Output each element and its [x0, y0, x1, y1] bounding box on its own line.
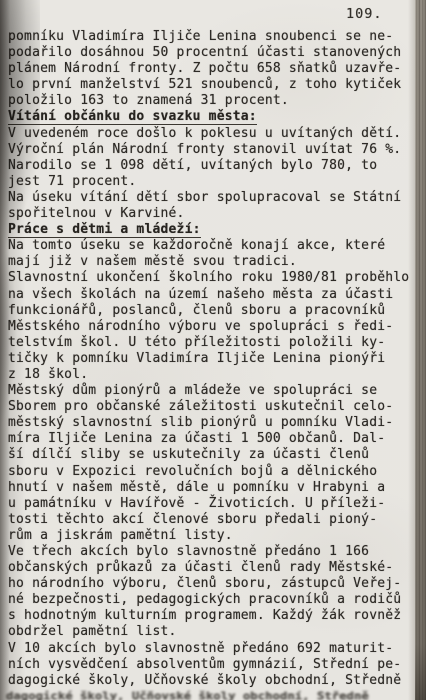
text-line: mají již v našem městě svou tradici.	[8, 254, 413, 270]
heading-underlined-text: Práce s dětmi a mládeží:	[8, 223, 201, 238]
text-line: ho národního výboru, členů sboru, zástup…	[8, 576, 413, 592]
text-line: Ve třech akcích bylo slavnostně předáno …	[8, 544, 413, 560]
text-line: ší dílčí sliby se uskutečnily za účasti …	[8, 447, 413, 463]
text-line: ních vysvědčení absolventům gymnázií, St…	[8, 657, 413, 673]
text-line: z 18 škol.	[8, 367, 413, 383]
text-line: funkcionářů, poslanců, členů sboru a pra…	[8, 303, 413, 319]
text-line: tosti těchto akcí členové sboru předali …	[8, 512, 413, 528]
text-line: hnutí v našem městě, dále u pomníku v Hr…	[8, 480, 413, 496]
text-line: Slavnostní ukončení školního roku 1980/8…	[8, 270, 413, 286]
ghost-smudge-line: dagogické školy, Učňovské školy obchodní…	[6, 689, 369, 700]
text-line: Na úseku vítání dětí sbor spolupracoval …	[8, 190, 413, 206]
page-number: 109.	[346, 6, 383, 22]
text-line: pomníku Vladimíra Iljiče Lenina snoubenc…	[8, 29, 413, 45]
text-line: u památníku v Havířově - Životicích. U p…	[8, 496, 413, 512]
text-line: Narodilo se 1 098 dětí, uvítaných bylo 7…	[8, 158, 413, 174]
text-line: V uvedeném roce došlo k poklesu u uvítan…	[8, 126, 413, 142]
text-line: Městský dům pionýrů a mládeže ve spolupr…	[8, 383, 413, 399]
text-line: né bezpečnosti, pedagogických pracovníků…	[8, 592, 413, 608]
text-line: lo první manželství 521 snoubenců, z toh…	[8, 77, 413, 93]
text-line: Sborem pro občanské záležitosti uskutečn…	[8, 399, 413, 415]
page-edge-right	[415, 0, 426, 700]
scanned-document-page: 109. pomníku Vladimíra Iljiče Lenina sno…	[0, 0, 426, 700]
heading-underlined-text: Vítání občánku do svazku města:	[8, 110, 257, 125]
text-line: obdržel pamětní list.	[8, 624, 413, 640]
document-body: pomníku Vladimíra Iljiče Lenina snoubenc…	[8, 29, 413, 689]
text-line: městský slavnostní slib pionýrů u pomník…	[8, 415, 413, 431]
text-line: Na tomto úseku se každoročně konají akce…	[8, 238, 413, 254]
text-line: spořitelnou v Karviné.	[8, 206, 413, 222]
text-line: rům a jiskrám pamětní listy.	[8, 528, 413, 544]
text-line: jest 71 procent.	[8, 174, 413, 190]
text-line: občanských průkazů za účasti členů rady …	[8, 560, 413, 576]
text-line: s hodnotným kulturním programem. Každý ž…	[8, 608, 413, 624]
text-line: tičky k pomníku Vladimíra Iljiče Lenina …	[8, 351, 413, 367]
text-line: Výroční plán Národní fronty stanovil uví…	[8, 142, 413, 158]
text-line: Městského národního výboru ve spolupráci…	[8, 319, 413, 335]
text-line: dagogické školy, Učňovské školy obchodní…	[8, 673, 413, 689]
text-line: V 10 akcích bylo slavnostně předáno 692 …	[8, 641, 413, 657]
section-heading: Práce s dětmi a mládeží:	[8, 222, 413, 238]
text-line: položilo 163 to znamená 31 procent.	[8, 93, 413, 109]
text-line: míra Iljiče Lenina za účasti 1 500 občan…	[8, 431, 413, 447]
section-heading: Vítání občánku do svazku města:	[8, 109, 413, 125]
text-line: telstvím škol. U této příležitosti polož…	[8, 335, 413, 351]
text-line: podařilo dosáhnou 50 procentní účasti st…	[8, 45, 413, 61]
text-line: sboru v Expozici revolučních bojů a děln…	[8, 464, 413, 480]
text-line: na všech školách na území našeho města z…	[8, 287, 413, 303]
text-line: plánem Národní fronty. Z počtu 658 sňatk…	[8, 61, 413, 77]
